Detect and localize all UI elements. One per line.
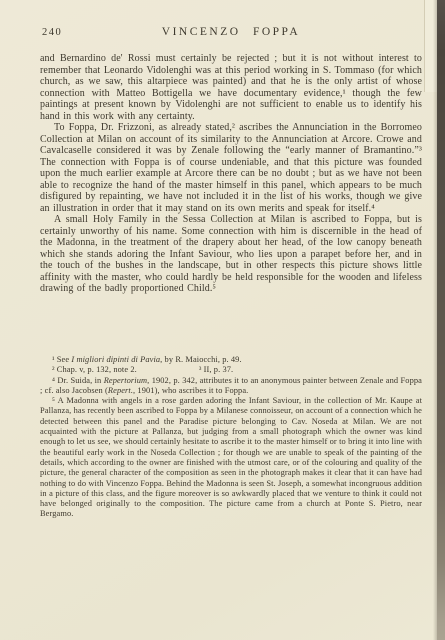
footnotes-section: ¹ See I migliori dipinti di Pavia, by R.… bbox=[40, 355, 422, 520]
footnote-3: ³ II, p. 37. bbox=[199, 365, 233, 374]
footnote-5: ⁵ A Madonna with angels in a rose garden… bbox=[40, 396, 422, 520]
footnote-1: ¹ See I migliori dipinti di Pavia, by R.… bbox=[40, 355, 422, 365]
footnote-1-text: ¹ See bbox=[52, 355, 71, 364]
footnote-1-text-end: , by R. Maiocchi, p. 49. bbox=[160, 355, 242, 364]
footnote-2: ² Chap. v, p. 132, note 2. bbox=[52, 365, 137, 374]
paragraph-2: To Foppa, Dr. Frizzoni, as already state… bbox=[40, 122, 422, 214]
footnote-4-italic-title-2: Repert. bbox=[108, 386, 133, 395]
footnote-4-text-end: , 1901), who ascribes it to Foppa. bbox=[133, 386, 248, 395]
page-number: 240 bbox=[42, 27, 62, 38]
running-title: VINCENZO FOPPA bbox=[40, 26, 422, 38]
book-edge bbox=[437, 0, 445, 640]
paragraph-3: A small Holy Family in the Sessa Collect… bbox=[40, 214, 422, 295]
body-text: and Bernardino de' Rossi must certainly … bbox=[40, 53, 422, 295]
paragraph-1: and Bernardino de' Rossi must certainly … bbox=[40, 53, 422, 122]
footnote-4-italic-title: Repertorium bbox=[104, 376, 147, 385]
footnote-row-2-3: ² Chap. v, p. 132, note 2.³ II, p. 37. bbox=[40, 365, 422, 375]
footnote-4-text: ⁴ Dr. Suida, in bbox=[52, 376, 104, 385]
footnote-4: ⁴ Dr. Suida, in Repertorium, 1902, p. 34… bbox=[40, 376, 422, 397]
footnote-1-italic-title: I migliori dipinti di Pavia bbox=[71, 355, 160, 364]
page-header: 240 VINCENZO FOPPA bbox=[40, 26, 422, 42]
book-page: 240 VINCENZO FOPPA and Bernardino de' Ro… bbox=[0, 0, 445, 640]
